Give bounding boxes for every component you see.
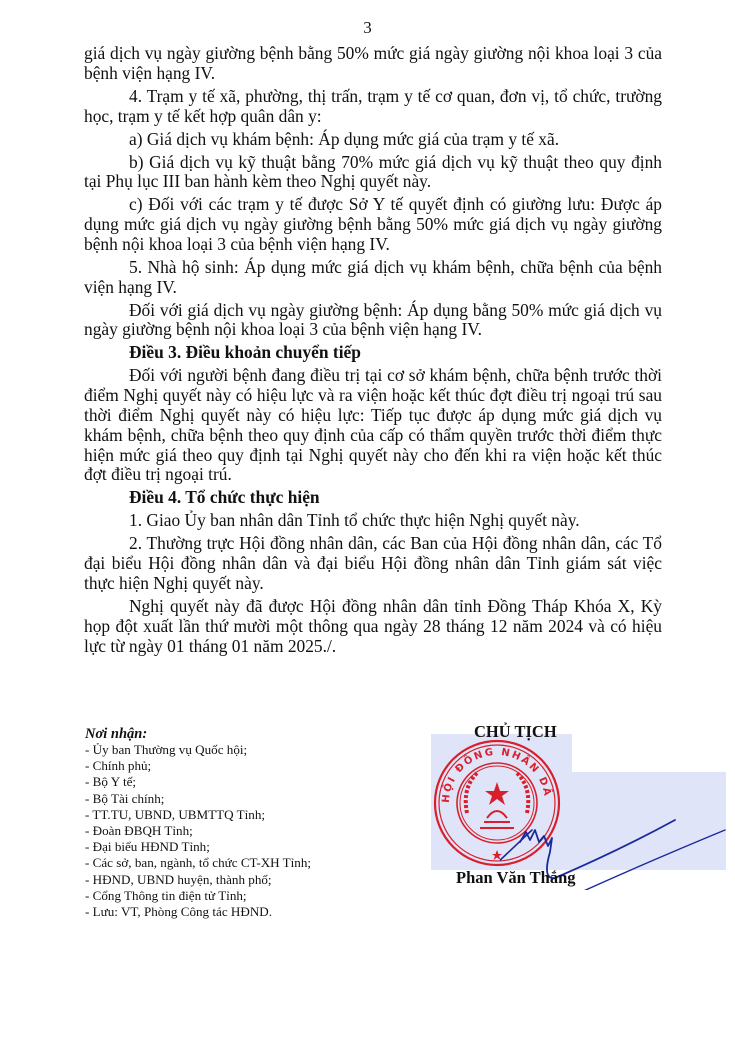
recipient-item: - Bộ Y tế; — [85, 774, 415, 790]
recipient-item: - Ủy ban Thường vụ Quốc hội; — [85, 742, 415, 758]
recipient-item: - TT.TU, UBND, UBMTTQ Tỉnh; — [85, 807, 415, 823]
recipient-item: - Đoàn ĐBQH Tỉnh; — [85, 823, 415, 839]
document-body: giá dịch vụ ngày giường bệnh bằng 50% mứ… — [84, 44, 662, 660]
page-number: 3 — [0, 18, 735, 38]
recipient-item: - Lưu: VT, Phòng Công tác HĐND. — [85, 904, 415, 920]
recipient-item: - Chính phủ; — [85, 758, 415, 774]
article-heading: Điều 3. Điều khoản chuyển tiếp — [84, 343, 662, 363]
paragraph: a) Giá dịch vụ khám bệnh: Áp dụng mức gi… — [84, 130, 662, 150]
recipients-title: Nơi nhận: — [85, 726, 415, 742]
paragraph: Đối với giá dịch vụ ngày giường bệnh: Áp… — [84, 301, 662, 341]
paragraph: 2. Thường trực Hội đồng nhân dân, các Ba… — [84, 534, 662, 593]
signer-name: Phan Văn Thắng — [456, 868, 576, 888]
recipient-item: - Cổng Thông tin điện tử Tỉnh; — [85, 888, 415, 904]
recipient-item: - Các sở, ban, ngành, tổ chức CT-XH Tỉnh… — [85, 855, 415, 871]
paragraph: giá dịch vụ ngày giường bệnh bằng 50% mứ… — [84, 44, 662, 84]
recipient-item: - HĐND, UBND huyện, thành phố; — [85, 872, 415, 888]
article-heading: Điều 4. Tổ chức thực hiện — [84, 488, 662, 508]
paragraph: 1. Giao Ủy ban nhân dân Tỉnh tổ chức thự… — [84, 511, 662, 531]
paragraph: 4. Trạm y tế xã, phường, thị trấn, trạm … — [84, 87, 662, 127]
recipient-item: - Đại biểu HĐND Tỉnh; — [85, 839, 415, 855]
recipient-item: - Bộ Tài chính; — [85, 791, 415, 807]
paragraph: 5. Nhà hộ sinh: Áp dụng mức giá dịch vụ … — [84, 258, 662, 298]
paragraph: Nghị quyết này đã được Hội đồng nhân dân… — [84, 597, 662, 656]
recipients-block: Nơi nhận: - Ủy ban Thường vụ Quốc hội; -… — [85, 726, 415, 920]
paragraph: b) Giá dịch vụ kỹ thuật bằng 70% mức giá… — [84, 153, 662, 193]
paragraph: c) Đối với các trạm y tế được Sở Y tế qu… — [84, 195, 662, 254]
paragraph: Đối với người bệnh đang điều trị tại cơ … — [84, 366, 662, 485]
